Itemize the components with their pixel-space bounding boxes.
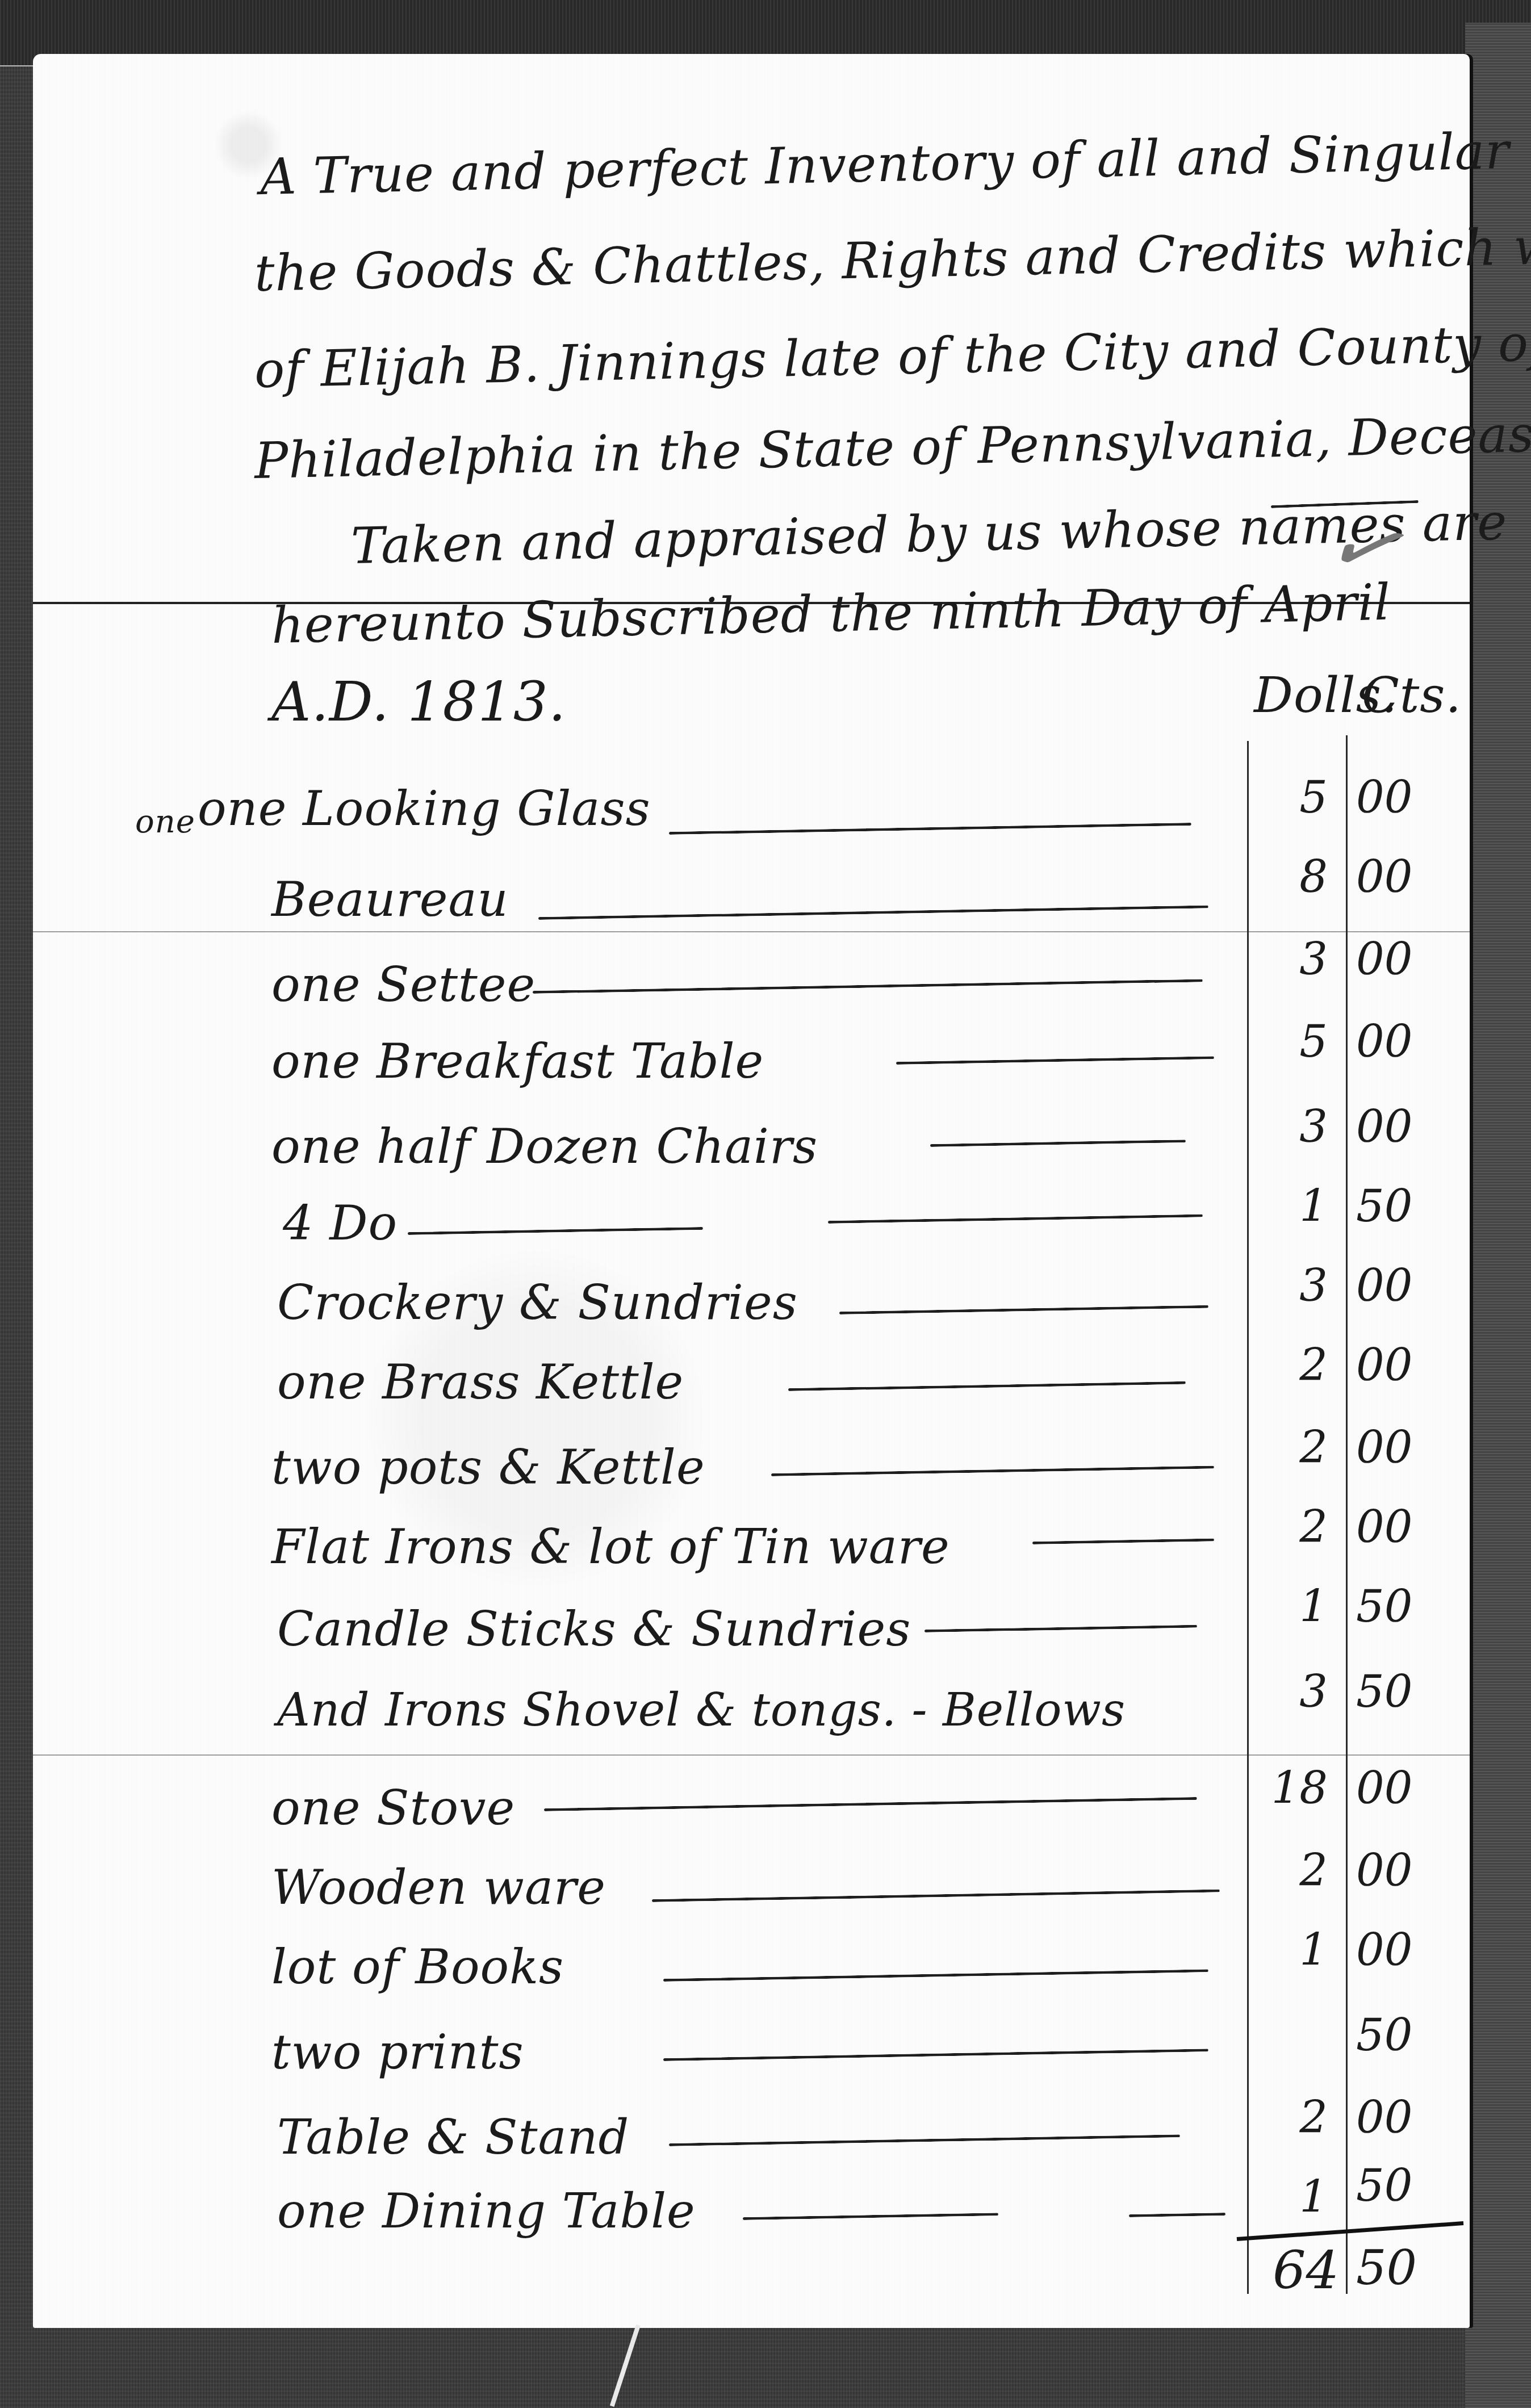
item-leader-line: [538, 905, 1208, 920]
item-leader-line: [652, 1890, 1220, 1902]
item-label: two pots & Kettle: [271, 1439, 705, 1495]
item-cents: 50: [1356, 1666, 1441, 1718]
item-label: one Dining Table: [277, 2183, 696, 2239]
item-cents: 00: [1356, 1260, 1441, 1312]
item-label: one Settee: [271, 957, 536, 1012]
column-header-cents: Cts.: [1362, 667, 1462, 724]
item-leader-line: [828, 1214, 1203, 1224]
binding-string: [610, 2325, 641, 2407]
item-dollars: 3: [1265, 1260, 1328, 1312]
item-cents: 00: [1356, 2092, 1441, 2143]
item-label: two prints: [271, 2024, 524, 2080]
item-dollars: 8: [1265, 852, 1328, 903]
item-leader-line: [930, 1140, 1186, 1147]
item-dollars: 1: [1265, 1581, 1328, 1632]
item-leader-line: [669, 2134, 1180, 2146]
item-cents: 00: [1356, 1845, 1441, 1896]
fold-line: [33, 1754, 1470, 1756]
total-cents: 50: [1356, 2240, 1441, 2296]
heading-line-4: Philadelphia in the State of Pennsylvani…: [254, 403, 1531, 490]
item-label: 4 Do: [283, 1195, 398, 1251]
total-rule: [1237, 2221, 1464, 2241]
fold-line: [33, 931, 1470, 932]
item-cents: 00: [1356, 852, 1441, 903]
item-label: Candle Sticks & Sundries: [277, 1601, 911, 1657]
item-leader-line: [788, 1381, 1186, 1391]
item-dollars: 1: [1265, 1181, 1328, 1232]
date-line: A.D. 1813.: [271, 670, 566, 734]
item-leader-line: [925, 1625, 1197, 1632]
item-dollars: 1: [1265, 1925, 1328, 1976]
item-leader-line: [743, 2213, 998, 2220]
item-leader-line: [544, 1797, 1197, 1811]
item-cents: 50: [1356, 1181, 1441, 1232]
manuscript-page: A True and perfect Inventory of all and …: [33, 54, 1470, 2328]
total-dollars: 64: [1260, 2240, 1339, 2301]
item-cents: 50: [1356, 1581, 1441, 1632]
item-leader-line: [1032, 1538, 1214, 1544]
item-dollars: 1: [1265, 2172, 1328, 2223]
item-label: one half Dozen Chairs: [271, 1119, 818, 1174]
item-dollars: 5: [1265, 1016, 1328, 1067]
item-dollars: 2: [1265, 1422, 1328, 1473]
item-label: lot of Books: [271, 1939, 564, 1995]
item-dollars: 2: [1265, 2092, 1328, 2143]
item-label: And Irons Shovel & tongs. - Bellows: [277, 1683, 1126, 1736]
item-dollars: 2: [1265, 1502, 1328, 1553]
item-cents: 00: [1356, 1422, 1441, 1473]
item-cents: 00: [1356, 1502, 1441, 1553]
item-cents: 00: [1356, 1763, 1441, 1814]
item-cents: 00: [1356, 934, 1441, 985]
item-label: one Looking Glass: [198, 781, 651, 836]
item-leader-line: [663, 1969, 1208, 1982]
item-dollars: 5: [1265, 772, 1328, 823]
item-label: one Stove: [271, 1780, 515, 1836]
item-label: Beaureau: [271, 872, 509, 927]
item-cents: 50: [1356, 2010, 1441, 2061]
heading-line-1: A True and perfect Inventory of all and …: [260, 122, 1510, 206]
margin-note: one: [135, 803, 195, 840]
scan-background-right: [1465, 23, 1531, 2408]
item-cents: 00: [1356, 772, 1441, 823]
item-cents: 00: [1356, 1925, 1441, 1976]
item-dollars: 18: [1265, 1763, 1328, 1814]
item-label: Table & Stand: [277, 2109, 629, 2165]
item-leader-line: [408, 1227, 703, 1235]
heading-line-2: the Goods & Chattles, Rights and Credits…: [254, 215, 1531, 303]
item-cents: 00: [1356, 1016, 1441, 1067]
heading-line-6: hereunto Subscribed the ninth Day of Apr…: [271, 573, 1391, 655]
item-cents: 00: [1356, 1102, 1441, 1153]
item-label: Crockery & Sundries: [277, 1275, 798, 1330]
item-dollars: 3: [1265, 1102, 1328, 1153]
item-dollars: 2: [1265, 1845, 1328, 1896]
item-leader-line: [533, 979, 1203, 994]
item-dollars: 3: [1265, 934, 1328, 985]
item-label: one Brass Kettle: [277, 1354, 684, 1410]
item-label: one Breakfast Table: [271, 1033, 764, 1089]
item-leader-line: [669, 823, 1191, 835]
item-leader-line: [771, 1465, 1214, 1476]
heading-line-3: of Elijah B. Jinnings late of the City a…: [254, 313, 1531, 399]
item-leader-line: [896, 1056, 1214, 1065]
item-cents: 00: [1356, 1340, 1441, 1391]
column-rule-left: [1247, 741, 1249, 2294]
item-leader-line: [1129, 2213, 1225, 2217]
item-dollars: 2: [1265, 1340, 1328, 1391]
item-leader-line: [663, 2049, 1208, 2061]
item-label: Wooden ware: [271, 1860, 606, 1915]
item-leader-line: [839, 1305, 1208, 1314]
item-cents: 50: [1356, 2160, 1441, 2212]
item-dollars: 3: [1265, 1666, 1328, 1718]
item-label: Flat Irons & lot of Tin ware: [271, 1519, 950, 1574]
column-rule-middle: [1346, 735, 1348, 2294]
